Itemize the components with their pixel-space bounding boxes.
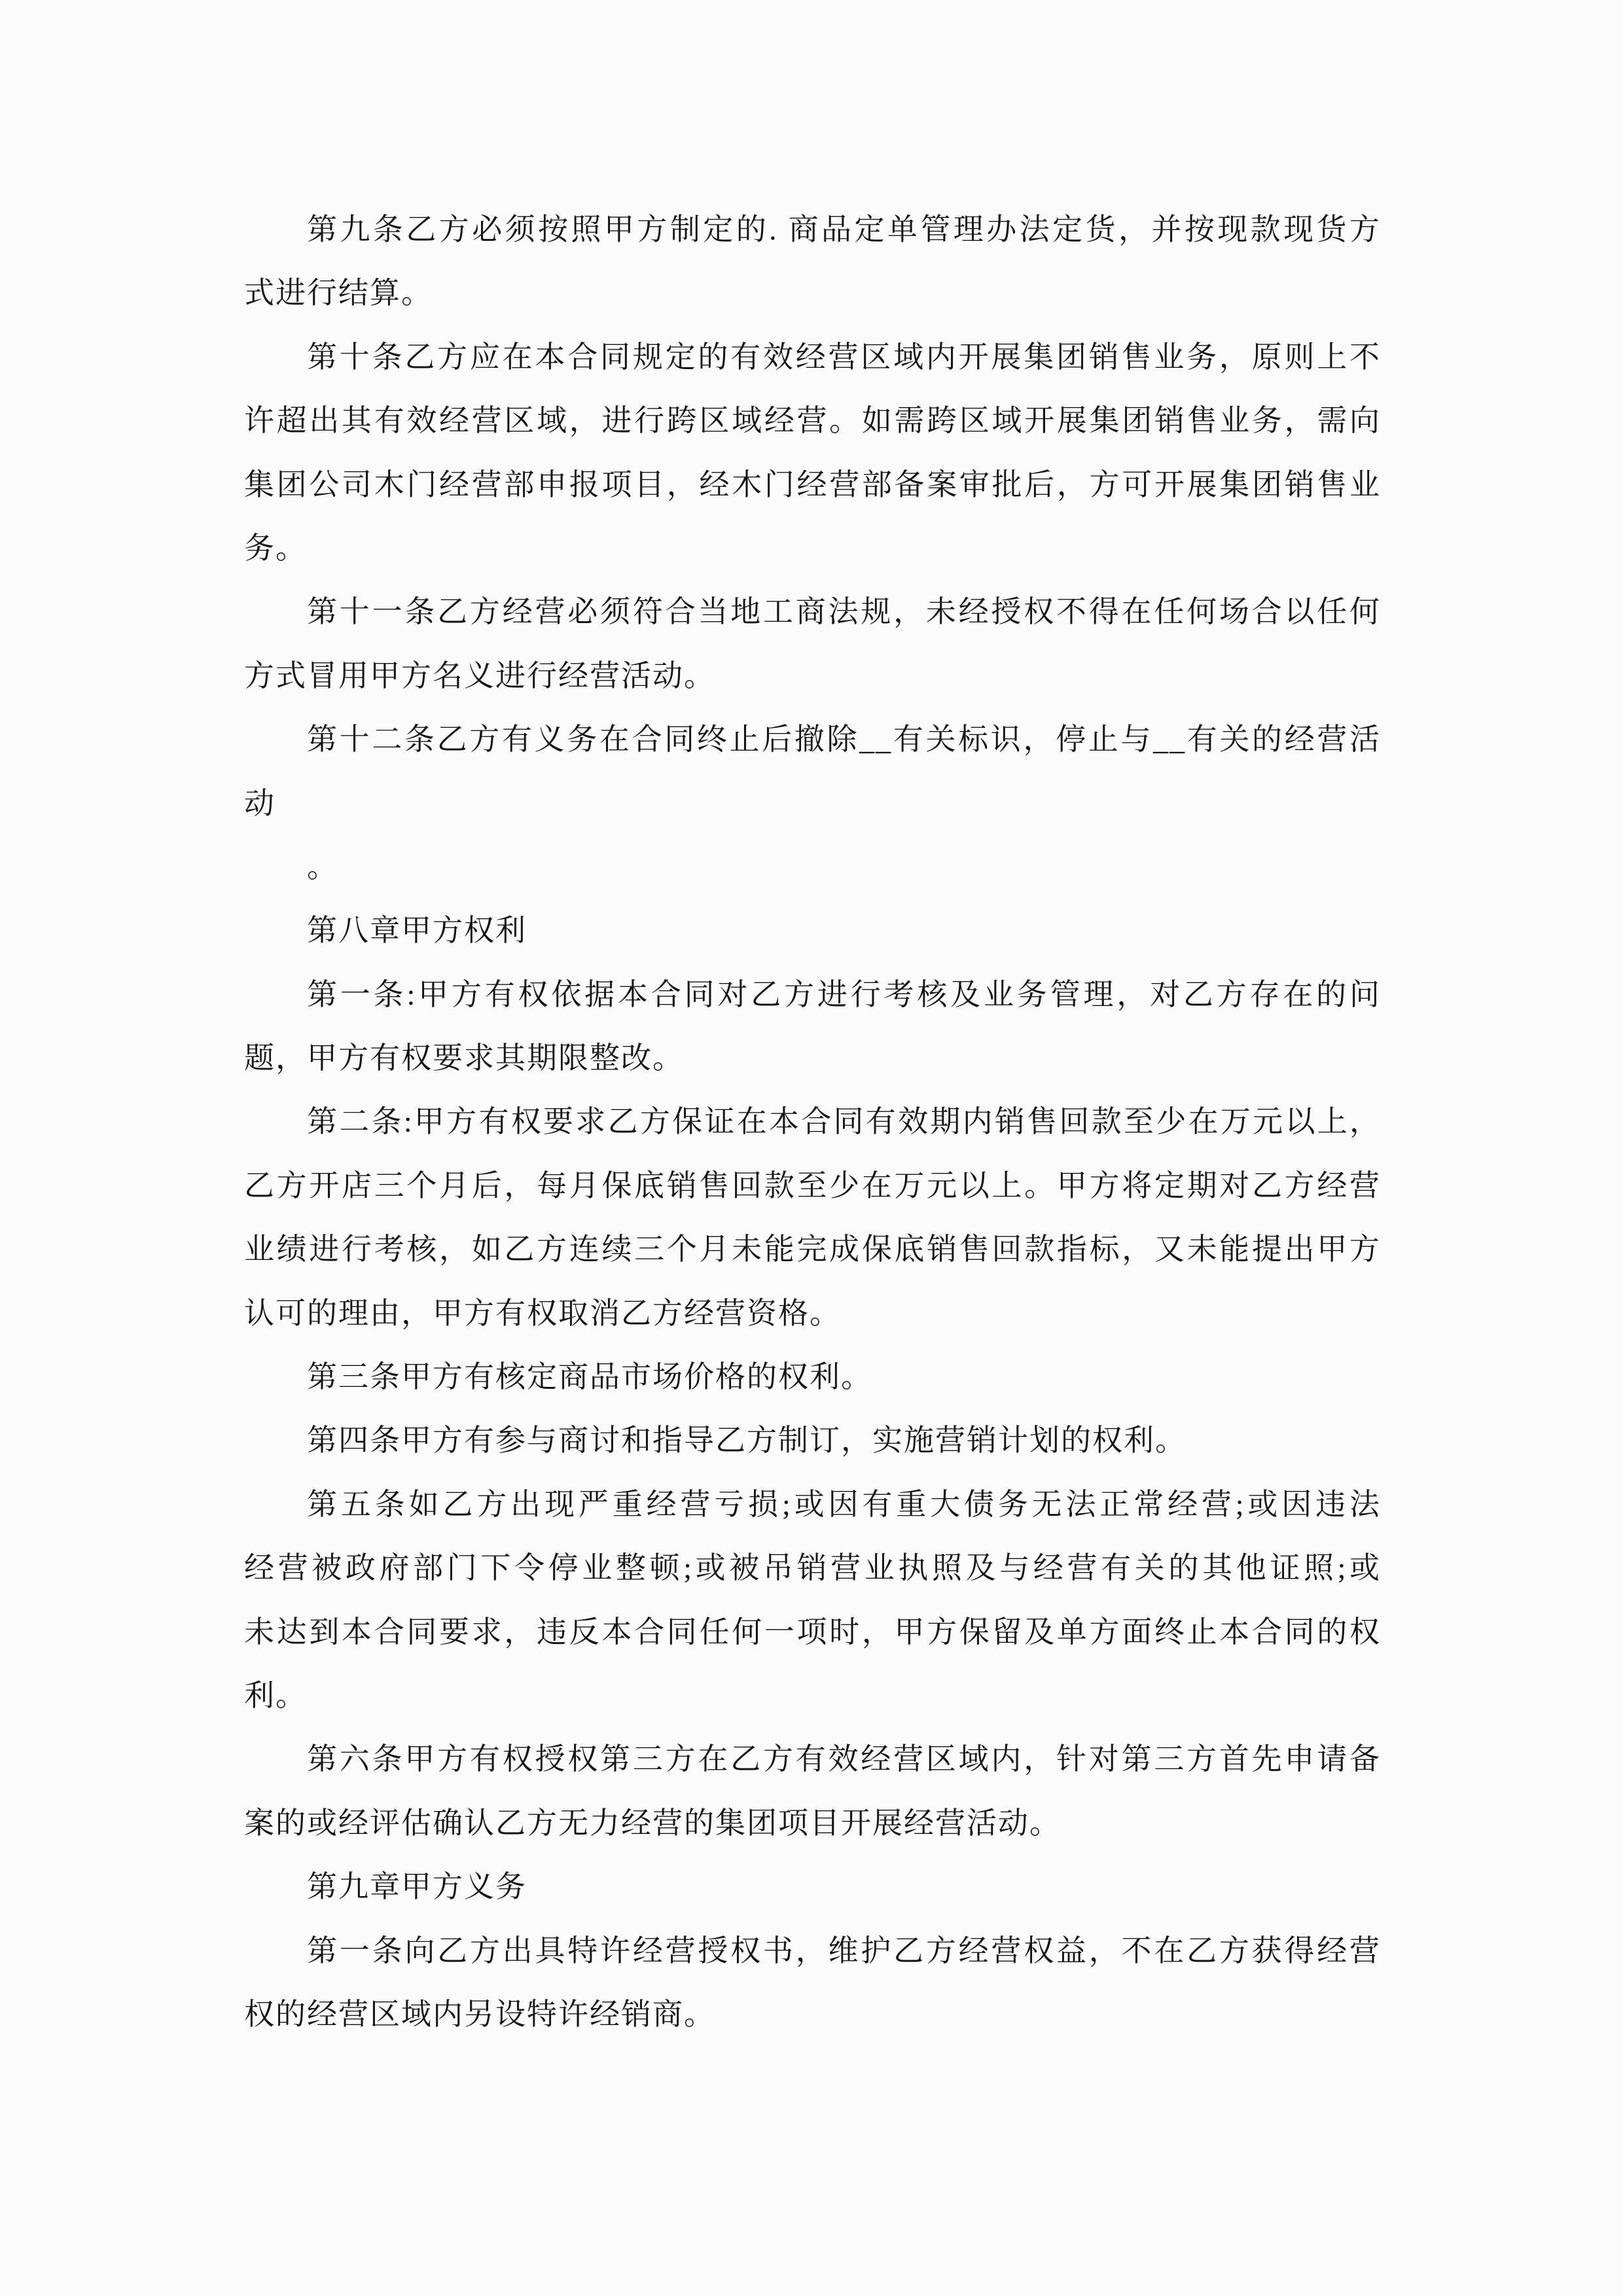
- text-line: 题，甲方有权要求其期限整改。: [244, 1026, 1381, 1090]
- text-line: 乙方开店三个月后，每月保底销售回款至少在万元以上。甲方将定期对乙方经营: [244, 1154, 1381, 1217]
- text-line: 第四条甲方有参与商讨和指导乙方制订，实施营销计划的权利。: [244, 1408, 1381, 1472]
- document-page: 第九条乙方必须按照甲方制定的. 商品定单管理办法定货，并按现款现货方式进行结算。…: [0, 0, 1623, 2296]
- text-line: 许超出其有效经营区域，进行跨区域经营。如需跨区域开展集团销售业务，需向: [244, 389, 1381, 452]
- text-line: 权的经营区域内另设特许经销商。: [244, 1982, 1381, 2046]
- text-line: 动: [244, 772, 1381, 835]
- text-line: 第二条:甲方有权要求乙方保证在本合同有效期内销售回款至少在万元以上，: [244, 1090, 1381, 1153]
- contract-text-block: 第九条乙方必须按照甲方制定的. 商品定单管理办法定货，并按现款现货方式进行结算。…: [244, 198, 1381, 2046]
- text-line: 第十一条乙方经营必须符合当地工商法规，未经授权不得在任何场合以任何: [244, 580, 1381, 643]
- text-line: 第五条如乙方出现严重经营亏损;或因有重大债务无法正常经营;或因违法: [244, 1473, 1381, 1536]
- text-line: 第九章甲方义务: [244, 1855, 1381, 1918]
- text-line: 式进行结算。: [244, 261, 1381, 325]
- text-line: 。: [244, 835, 1381, 899]
- text-line: 务。: [244, 516, 1381, 580]
- text-line: 认可的理由，甲方有权取消乙方经营资格。: [244, 1282, 1381, 1345]
- text-line: 业绩进行考核，如乙方连续三个月未能完成保底销售回款指标，又未能提出甲方: [244, 1217, 1381, 1281]
- text-line: 第一条:甲方有权依据本合同对乙方进行考核及业务管理，对乙方存在的问: [244, 963, 1381, 1026]
- text-line: 第一条向乙方出具特许经营授权书，维护乙方经营权益，不在乙方获得经营: [244, 1919, 1381, 1982]
- text-line: 第三条甲方有核定商品市场价格的权利。: [244, 1345, 1381, 1408]
- text-line: 第八章甲方权利: [244, 899, 1381, 962]
- text-line: 集团公司木门经营部申报项目，经木门经营部备案审批后，方可开展集团销售业: [244, 453, 1381, 516]
- text-line: 第十二条乙方有义务在合同终止后撤除__有关标识，停止与__有关的经营活: [244, 708, 1381, 771]
- text-line: 案的或经评估确认乙方无力经营的集团项目开展经营活动。: [244, 1791, 1381, 1855]
- text-line: 第六条甲方有权授权第三方在乙方有效经营区域内，针对第三方首先申请备: [244, 1727, 1381, 1791]
- text-line: 第九条乙方必须按照甲方制定的. 商品定单管理办法定货，并按现款现货方: [244, 198, 1381, 261]
- text-line: 方式冒用甲方名义进行经营活动。: [244, 644, 1381, 708]
- text-line: 利。: [244, 1664, 1381, 1727]
- text-line: 第十条乙方应在本合同规定的有效经营区域内开展集团销售业务，原则上不: [244, 325, 1381, 389]
- text-line: 未达到本合同要求，违反本合同任何一项时，甲方保留及单方面终止本合同的权: [244, 1600, 1381, 1664]
- text-line: 经营被政府部门下令停业整顿;或被吊销营业执照及与经营有关的其他证照;或: [244, 1536, 1381, 1600]
